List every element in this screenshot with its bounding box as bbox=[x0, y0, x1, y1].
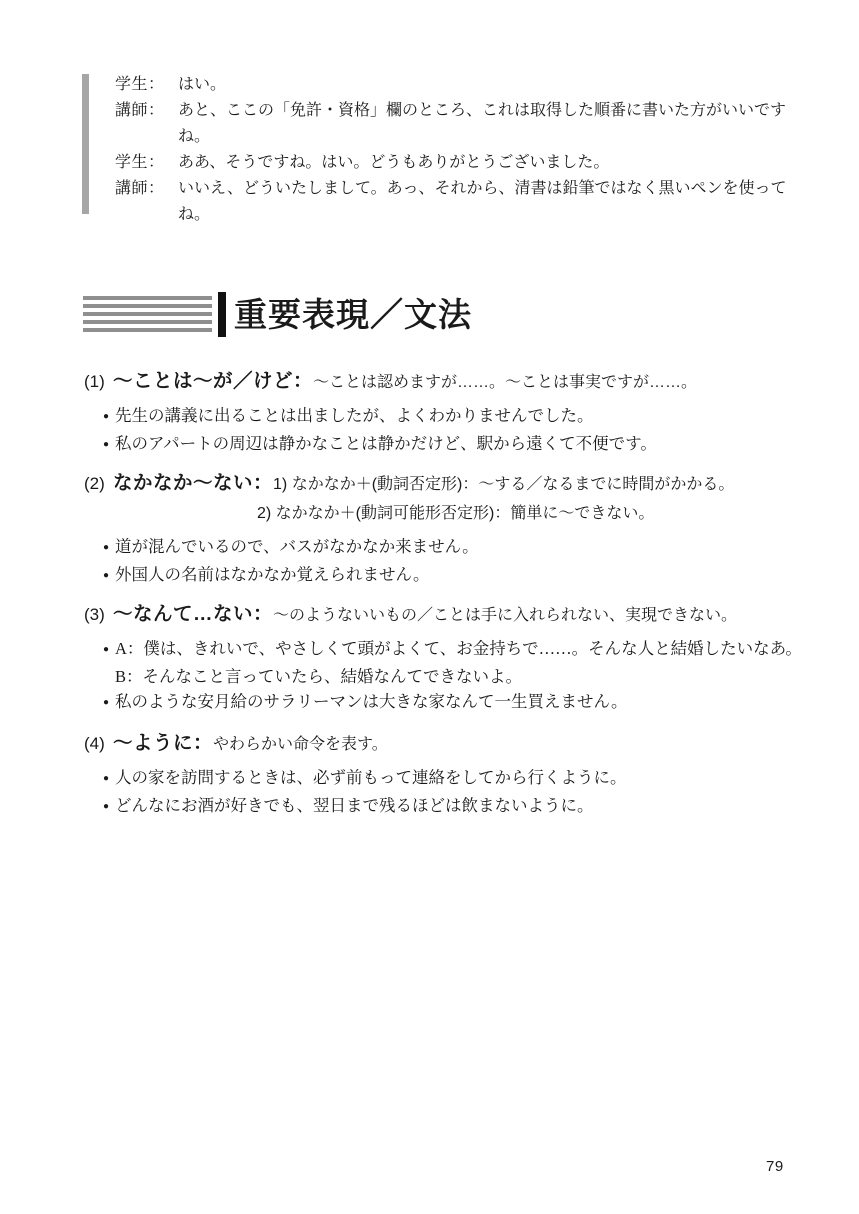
speech-text: はい。 bbox=[178, 72, 798, 98]
dialogue-row: 学生： はい。 bbox=[115, 72, 798, 98]
grammar-point-heading: (1) ～ことは～が／けど： ～ことは認めますが……。～ことは事実ですが……。 bbox=[84, 365, 809, 396]
bullet-icon: ● bbox=[103, 690, 115, 715]
grammar-point-1: (1) ～ことは～が／けど： ～ことは認めますが……。～ことは事実ですが……。 … bbox=[84, 365, 809, 459]
grammar-examples: ● 道が混んでいるので、バスがなかなか来ません。 ● 外国人の名前はなかなか覚え… bbox=[84, 534, 809, 590]
speech-text: ああ、そうですね。はい。どうもありがとうございました。 bbox=[178, 150, 798, 176]
grammar-pattern: なかなか～ない： bbox=[113, 467, 273, 495]
header-accent-bar bbox=[218, 292, 226, 337]
grammar-definition: ～ことは認めますが……。～ことは事実ですが……。 bbox=[313, 370, 697, 396]
dialogue-row: 学生： ああ、そうですね。はい。どうもありがとうございました。 bbox=[115, 150, 798, 176]
grammar-examples: ● 先生の講義に出ることは出ましたが、よくわかりませんでした。 ● 私のアパート… bbox=[84, 403, 809, 459]
example-row: ● 人の家を訪問するときは、必ず前もって連絡をしてから行くように。 bbox=[84, 765, 809, 793]
grammar-point-number: (1) bbox=[84, 372, 113, 392]
grammar-pattern: ～なんて…ない： bbox=[113, 598, 273, 626]
grammar-definition: ～のようないいもの／ことは手に入れられない、実現できない。 bbox=[273, 603, 737, 629]
example-text: 先生の講義に出ることは出ましたが、よくわかりませんでした。 bbox=[115, 403, 594, 428]
bullet-icon: ● bbox=[103, 432, 115, 457]
example-row: ● 外国人の名前はなかなか覚えられません。 bbox=[84, 562, 809, 590]
grammar-point-2: (2) なかなか～ない： 1) なかなか＋(動詞否定形)：～する／なるまでに時間… bbox=[84, 467, 809, 590]
grammar-point-heading: (3) ～なんて…ない： ～のようないいもの／ことは手に入れられない、実現できな… bbox=[84, 598, 809, 629]
grammar-pattern: ～ことは～が／けど： bbox=[113, 365, 313, 393]
grammar-definition-2: 2) なかなか＋(動詞可能形否定形)：簡単に～できない。 bbox=[257, 501, 809, 527]
example-text: 人の家を訪問するときは、必ず前もって連絡をしてから行くように。 bbox=[115, 765, 627, 790]
example-text: どんなにお酒が好きでも、翌日まで残るほどは飲まないように。 bbox=[115, 793, 594, 818]
grammar-point-number: (2) bbox=[84, 474, 113, 494]
dialogue-row: 講師： あと、ここの「免許・資格」欄のところ、これは取得した順番に書いた方がいい… bbox=[115, 98, 798, 150]
page-number: 79 bbox=[766, 1158, 784, 1175]
bullet-icon: ● bbox=[103, 766, 115, 791]
grammar-examples: ● 人の家を訪問するときは、必ず前もって連絡をしてから行くように。 ● どんなに… bbox=[84, 765, 809, 821]
speaker-label: 学生： bbox=[115, 150, 178, 176]
speech-text: いいえ、どういたしまして。あっ、それから、清書は鉛筆ではなく黒いペンを使ってね。 bbox=[178, 176, 798, 228]
grammar-definition: やわらかい命令を表す。 bbox=[213, 732, 388, 758]
bullet-icon: ● bbox=[103, 563, 115, 588]
grammar-point-number: (4) bbox=[84, 734, 113, 754]
grammar-point-heading: (4) ～ように： やわらかい命令を表す。 bbox=[84, 727, 809, 758]
example-row: ● 私のような安月給のサラリーマンは大きな家なんて一生買えません。 bbox=[84, 689, 809, 717]
dialogue-rows: 学生： はい。 講師： あと、ここの「免許・資格」欄のところ、これは取得した順番… bbox=[115, 72, 798, 228]
bullet-icon: ● bbox=[103, 404, 115, 429]
example-text: 私のような安月給のサラリーマンは大きな家なんて一生買えません。 bbox=[115, 689, 628, 714]
example-text: 私のアパートの周辺は静かなことは静かだけど、駅から遠くて不便です。 bbox=[115, 431, 657, 456]
bullet-icon: ● bbox=[103, 794, 115, 819]
dialogue-row: 講師： いいえ、どういたしまして。あっ、それから、清書は鉛筆ではなく黒いペンを使… bbox=[115, 176, 798, 228]
header-stripes-decoration bbox=[83, 296, 212, 333]
dialogue-sidebar-rule bbox=[82, 74, 89, 214]
example-text: 外国人の名前はなかなか覚えられません。 bbox=[115, 562, 430, 587]
bullet-icon: ● bbox=[103, 535, 115, 560]
speaker-label: 学生： bbox=[115, 72, 178, 98]
bullet-icon: ● bbox=[103, 637, 115, 662]
example-text: 道が混んでいるので、バスがなかなか来ません。 bbox=[115, 534, 479, 559]
speech-text: あと、ここの「免許・資格」欄のところ、これは取得した順番に書いた方がいいですね。 bbox=[178, 98, 798, 150]
grammar-examples: ● A：僕は、きれいで、やさしくて頭がよくて、お金持ちで……。そんな人と結婚した… bbox=[84, 636, 809, 717]
example-row: ● A：僕は、きれいで、やさしくて頭がよくて、お金持ちで……。そんな人と結婚した… bbox=[84, 636, 809, 664]
example-row: ● 道が混んでいるので、バスがなかなか来ません。 bbox=[84, 534, 809, 562]
grammar-pattern: ～ように： bbox=[113, 727, 213, 755]
example-row: ● 先生の講義に出ることは出ましたが、よくわかりませんでした。 bbox=[84, 403, 809, 431]
grammar-point-4: (4) ～ように： やわらかい命令を表す。 ● 人の家を訪問するときは、必ず前も… bbox=[84, 727, 809, 821]
example-row: ● どんなにお酒が好きでも、翌日まで残るほどは飲まないように。 bbox=[84, 793, 809, 821]
example-row: B：そんなこと言っていたら、結婚なんてできないよ。 bbox=[84, 664, 809, 689]
grammar-point-3: (3) ～なんて…ない： ～のようないいもの／ことは手に入れられない、実現できな… bbox=[84, 598, 809, 717]
grammar-definition: 1) なかなか＋(動詞否定形)：～する／なるまでに時間がかかる。 bbox=[273, 472, 734, 498]
grammar-point-number: (3) bbox=[84, 605, 113, 625]
dialogue-block: 学生： はい。 講師： あと、ここの「免許・資格」欄のところ、これは取得した順番… bbox=[82, 72, 798, 228]
section-title: 重要表現／文法 bbox=[234, 292, 472, 337]
textbook-page: 学生： はい。 講師： あと、ここの「免許・資格」欄のところ、これは取得した順番… bbox=[0, 0, 859, 1214]
section-header: 重要表現／文法 bbox=[83, 291, 472, 337]
speaker-label: 講師： bbox=[115, 176, 178, 202]
example-text: B：そんなこと言っていたら、結婚なんてできないよ。 bbox=[115, 664, 522, 689]
example-text: A：僕は、きれいで、やさしくて頭がよくて、お金持ちで……。そんな人と結婚したいな… bbox=[115, 636, 802, 661]
example-row: ● 私のアパートの周辺は静かなことは静かだけど、駅から遠くて不便です。 bbox=[84, 431, 809, 459]
speaker-label: 講師： bbox=[115, 98, 178, 124]
grammar-point-heading: (2) なかなか～ない： 1) なかなか＋(動詞否定形)：～する／なるまでに時間… bbox=[84, 467, 809, 498]
